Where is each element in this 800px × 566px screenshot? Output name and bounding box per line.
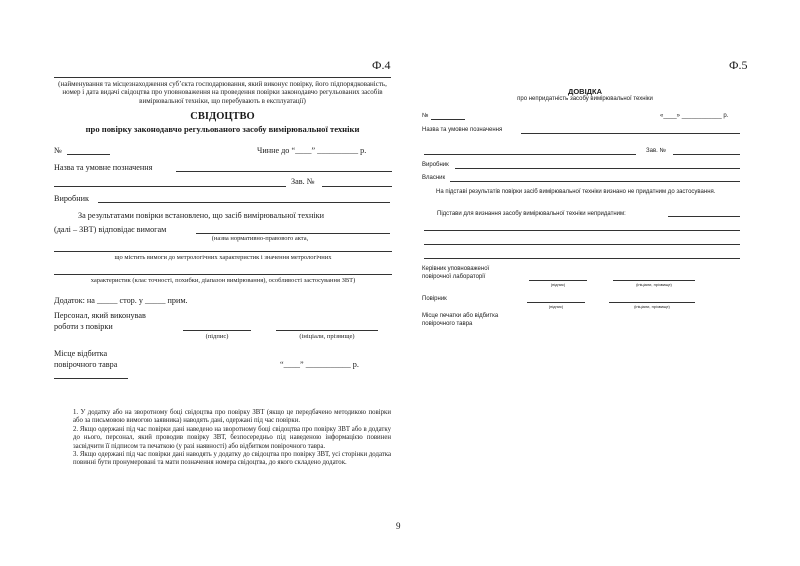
grounds-label: Підстави для визнання засобу вимірювальн… [437, 211, 626, 217]
owner-label: Власник [422, 175, 445, 181]
page-number: 9 [396, 521, 401, 531]
org-caption: (найменування та місцезнаходження суб’єк… [50, 80, 395, 105]
number-label: № [422, 113, 428, 119]
form-number: Ф.4 [372, 58, 390, 73]
name-field[interactable] [176, 171, 392, 172]
verifier-initials-field[interactable] [609, 302, 695, 303]
org-line [54, 77, 391, 78]
note-2: 2. Якщо одержані під час повірки дані на… [73, 426, 391, 451]
stamp-label-1: Місце відбитка [54, 349, 107, 358]
caption-signature-2: (підпис) [527, 304, 585, 309]
name-label: Назва та умовне позначення [422, 127, 502, 133]
personnel-label-1: Персонал, який виконував [54, 311, 146, 320]
stamp-label-2: повірочного тавра [422, 321, 472, 327]
requirements-field[interactable] [196, 233, 390, 234]
certificate-title: СВІДОЦТВО [50, 111, 395, 122]
requirements-field-2[interactable] [54, 251, 392, 252]
number-field[interactable] [67, 154, 110, 155]
caption-initials: (ініціали, прізвище) [613, 282, 695, 287]
certificate-subtitle: про повірку законодавчо регульованого за… [50, 124, 395, 134]
name-label: Назва та умовне позначення [54, 163, 152, 172]
personnel-label-2: роботи з повірки [54, 322, 113, 331]
caption-signature: (підпис) [529, 282, 587, 287]
manufacturer-label: Виробник [54, 194, 89, 203]
serial-field[interactable] [322, 186, 392, 187]
grounds-field-2[interactable] [424, 230, 740, 231]
result-text-1: За результатами повірки встановлено, що … [78, 211, 398, 220]
number-field[interactable] [431, 119, 465, 120]
personnel-signature-field[interactable] [183, 330, 251, 331]
result-text-2: (далі – ЗВТ) відповідає вимогам [54, 225, 166, 234]
grounds-field-3[interactable] [424, 244, 740, 245]
stamp-label-1: Місце печатки або відбитка [422, 313, 498, 319]
form-number: Ф.5 [729, 58, 747, 73]
requirements-field-3[interactable] [54, 274, 392, 275]
name-field-2[interactable] [54, 186, 286, 187]
notice-title: ДОВІДКА [420, 87, 750, 96]
serial-label: Зав. № [646, 148, 666, 154]
owner-field[interactable] [450, 181, 740, 182]
date-label: «____» ____________ р. [660, 113, 728, 119]
number-label: № [54, 146, 62, 155]
stamp-label-2: повірочного тавра [54, 360, 117, 369]
caption-signature: (підпис) [183, 333, 251, 340]
caption-act: (назва нормативно-правового акта, [190, 235, 330, 242]
verifier-label: Повірник [422, 296, 447, 302]
result-text: На підставі результатів повірки засіб ви… [422, 188, 740, 197]
caption-initials-2: (ініціали, прізвище) [609, 304, 695, 309]
grounds-field[interactable] [668, 216, 740, 217]
notice-subtitle: про непридатність засобу вимірювальної т… [420, 96, 750, 102]
serial-label: Зав. № [291, 177, 315, 186]
head-signature-field[interactable] [529, 280, 587, 281]
stamp-field[interactable] [54, 378, 128, 379]
caption-metro: що містить вимоги до метрологічних харак… [54, 254, 392, 261]
notes: 1. У додатку або на зворотному боці свід… [73, 409, 391, 468]
note-1: 1. У додатку або на зворотному боці свід… [73, 409, 391, 426]
note-3: 3. Якщо одержані під час повірки дані на… [73, 451, 391, 468]
manufacturer-field[interactable] [455, 168, 740, 169]
valid-until-label: Чинне до “____” __________ р. [257, 146, 366, 155]
manufacturer-field[interactable] [98, 202, 390, 203]
attachment-label: Додаток: на _____ стор. у _____ прим. [54, 296, 188, 305]
grounds-field-4[interactable] [424, 258, 740, 259]
head-initials-field[interactable] [613, 280, 695, 281]
name-field[interactable] [521, 133, 740, 134]
head-label-1: Керівник уповноваженої [422, 266, 489, 272]
name-field-2[interactable] [424, 154, 636, 155]
caption-initials: (ініціали, прізвище) [276, 333, 378, 340]
caption-characteristics: характеристик (клас точності, похибки, д… [54, 277, 392, 284]
stamp-date: “____” ___________ р. [280, 360, 359, 369]
serial-field[interactable] [673, 154, 740, 155]
personnel-initials-field[interactable] [276, 330, 378, 331]
verifier-signature-field[interactable] [527, 302, 585, 303]
manufacturer-label: Виробник [422, 162, 449, 168]
head-label-2: повірочної лабораторії [422, 274, 485, 280]
